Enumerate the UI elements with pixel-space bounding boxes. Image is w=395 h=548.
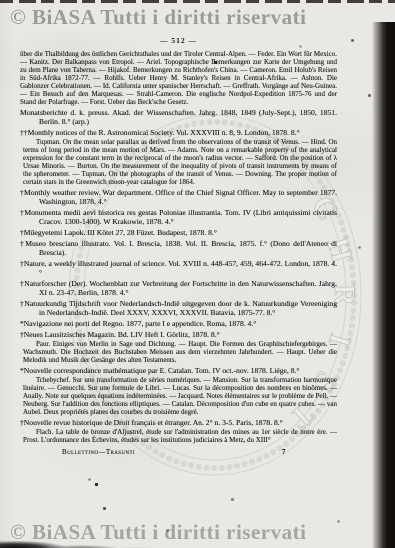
bibliography-entry: †Nature, a weekly illustrated journal of… [20,259,337,277]
bibliography-entry: *Navigazione nei porti del Regno. 1877, … [20,319,337,328]
bibliography-entry: †Neues Lausitzisches Magazin. Bd. LIV He… [20,330,337,339]
bibliography-entry: über die Thalbildung des östlichen Geric… [20,50,337,106]
footer-journal-title: Bullettino—Trasunti [62,448,135,456]
scan-top-edge [0,0,395,3]
bibliography-entry: Paur. Einiges von Merlin in Sage und Dic… [23,340,337,364]
footer-row: Bullettino—Trasunti 7 [20,448,337,456]
bibliography-entry: †Museo bresciano illustrato. Vol. I. Bre… [20,239,337,257]
bibliography-entry: †Monthly weather review. War department.… [20,188,337,206]
bibliography-entry: *Nouvelle correspondance mathématique pa… [20,366,337,375]
bibliography-entry: †Nouvelle revue historique de Droit fran… [20,418,337,427]
scan-noise-speckles [0,0,1,1]
scanned-page: — 512 — über die Thalbildung des östlich… [20,36,337,456]
bibliography-entry: Flach. La table de bronze d'Aljustrel, é… [23,428,337,444]
entries: über die Thalbildung des östlichen Geric… [20,50,337,444]
bibliography-entry: Tchebychef. Sur une transformation de sé… [23,376,337,416]
page-header-number: — 512 — [20,36,337,45]
footer-page-number: 7 [282,448,286,456]
bibliography-entry: †Monumenta medii aevi historica res gest… [20,208,337,226]
bibliography-entry: †Natuurkundig Tijdschrift voor Nederland… [20,299,337,317]
scan-bottom-smudge [0,532,180,548]
bibliography-entry: †Műegyetemi Lapok. III Kötet 27, 28 Füze… [20,228,337,237]
bibliography-entry: Tupman. On the mean solar parallax as de… [23,138,337,186]
watermark-top: © BiASA Tutti i diritti riservati [10,5,306,30]
bibliography-entry: Monatsberichte d. k. preuss. Akad. der W… [20,108,337,126]
bibliography-entry: †Naturforscher (Der). Wochenblatt zur Ve… [20,279,337,297]
bibliography-entry: ††Monthly notices of the R. Astronomical… [20,128,337,137]
scan-right-edge [372,22,395,548]
